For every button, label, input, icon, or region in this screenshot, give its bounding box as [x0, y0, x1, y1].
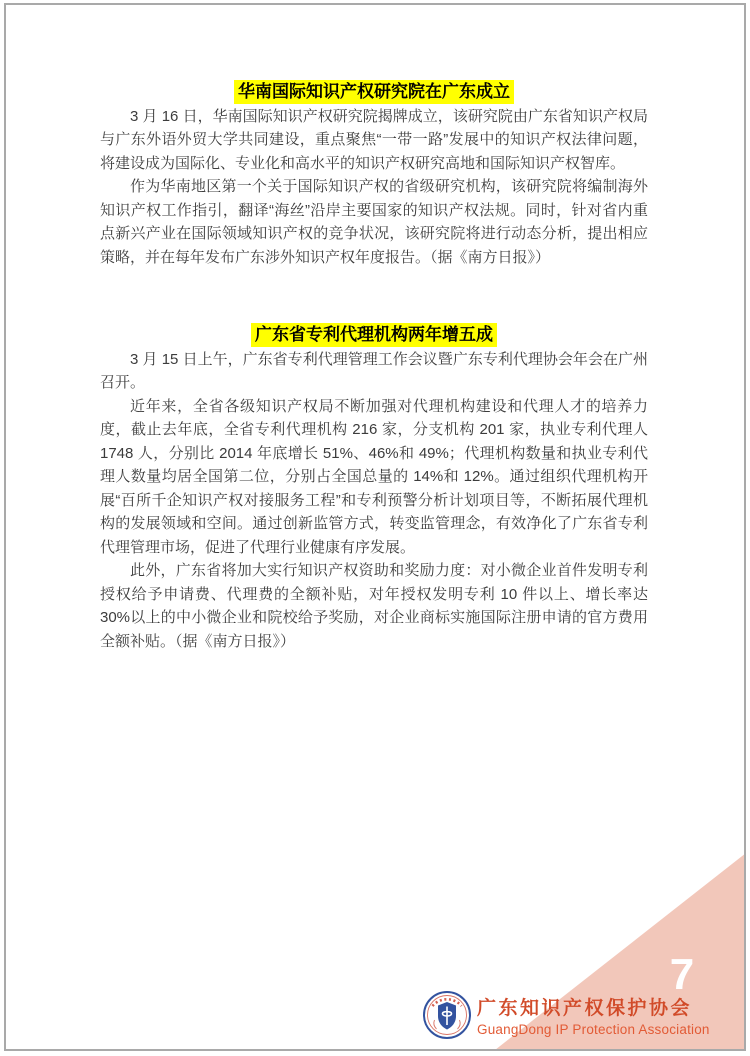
association-seal-icon [422, 989, 472, 1041]
article-1-paragraph-2: 作为华南地区第一个关于国际知识产权的省级研究机构，该研究院将编制海外知识产权工作… [100, 175, 648, 269]
article-2-paragraph-3: 此外，广东省将加大实行知识产权资助和奖励力度：对小微企业首件发明专利授权给予申请… [100, 559, 648, 653]
article-2-title-row: 广东省专利代理机构两年增五成 [100, 323, 648, 348]
article-2-paragraph-1: 3 月 15 日上午，广东省专利代理管理工作会议暨广东专利代理协会年会在广州召开… [100, 348, 648, 395]
article-1-paragraph-1: 3 月 16 日，华南国际知识产权研究院揭牌成立，该研究院由广东省知识产权局与广… [100, 105, 648, 176]
org-name-zh: 广东知识产权保护协会 [477, 997, 692, 1021]
article-2-paragraph-2: 近年来，全省各级知识产权局不断加强对代理机构建设和代理人才的培养力度，截止去年底… [100, 395, 648, 560]
article-2-title: 广东省专利代理机构两年增五成 [251, 323, 497, 347]
document-page: 华南国际知识产权研究院在广东成立 3 月 16 日，华南国际知识产权研究院揭牌成… [0, 0, 750, 1056]
page-number: 7 [660, 953, 704, 997]
article-1-title-row: 华南国际知识产权研究院在广东成立 [100, 80, 648, 105]
article-1-title: 华南国际知识产权研究院在广东成立 [234, 80, 514, 104]
org-name-en: GuangDong IP Protection Association [477, 1022, 710, 1038]
page-content: 华南国际知识产权研究院在广东成立 3 月 16 日，华南国际知识产权研究院揭牌成… [100, 80, 648, 653]
